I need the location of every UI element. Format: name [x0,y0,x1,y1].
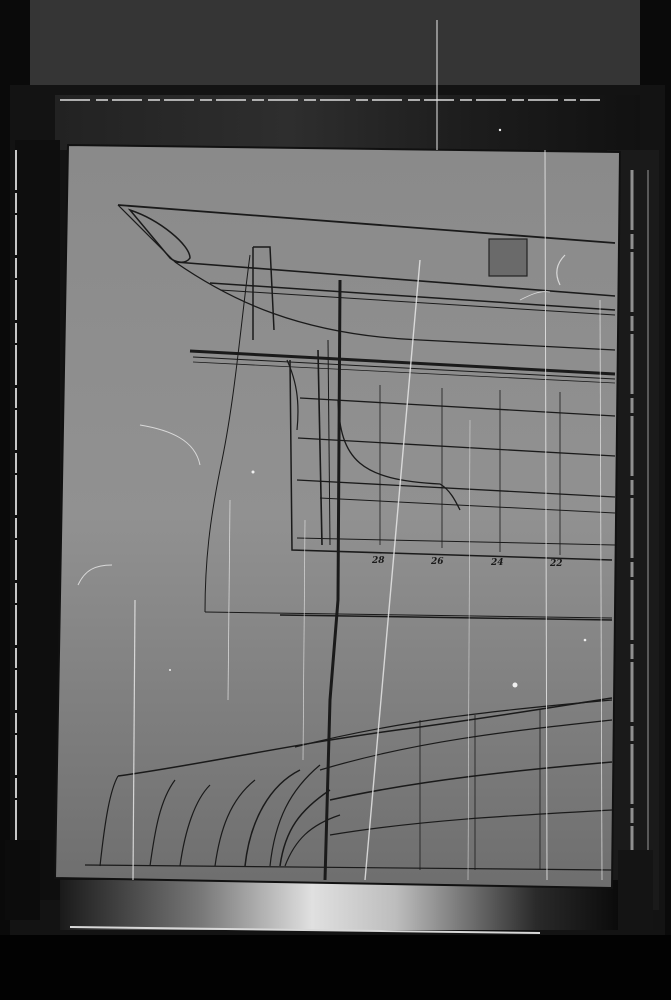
station-label-22: 22 [549,559,563,569]
dark-square-patch [489,239,527,276]
station-label-24: 24 [490,558,504,568]
framed-drawing-photo: 28 26 24 22 [0,0,671,1000]
station-label-28: 28 [371,556,385,566]
station-label-26: 26 [430,557,444,567]
